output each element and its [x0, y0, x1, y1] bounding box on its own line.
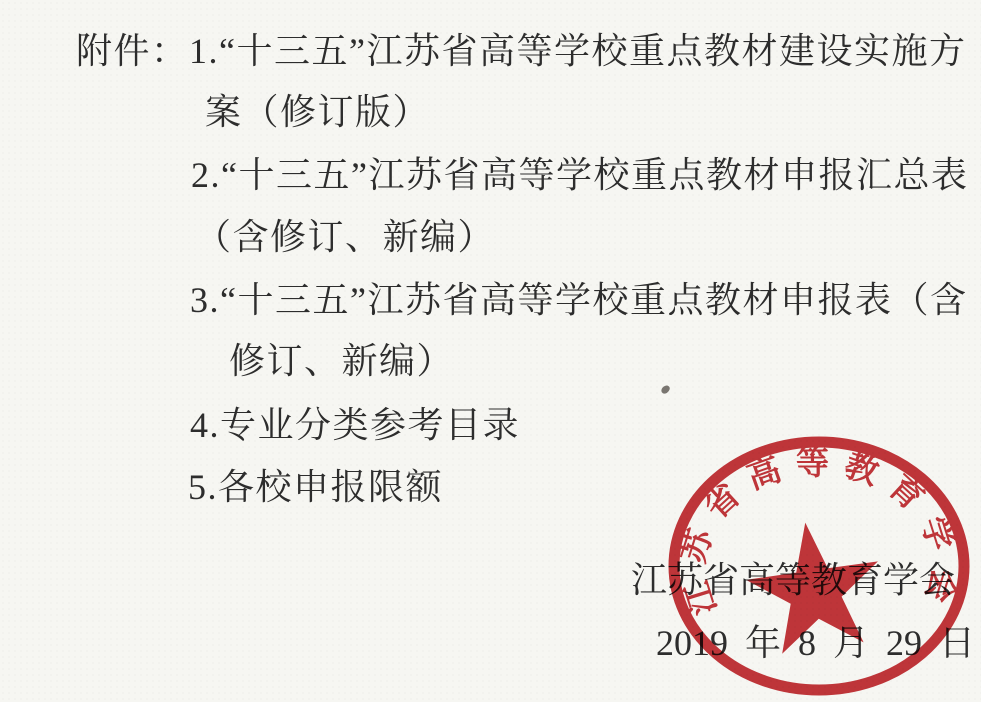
ink-speck — [660, 384, 671, 395]
attachment-item-5: 5.各校申报限额 — [188, 467, 443, 508]
attachment-item-4: 4.专业分类参考目录 — [190, 405, 520, 446]
attachment-label: 附件： — [76, 31, 189, 72]
attachment-item-2-line-1: 2.“十三五”江苏省高等学校重点教材申报汇总表 — [191, 155, 968, 196]
attachment-item-1-line-1: 1.“十三五”江苏省高等学校重点教材建设实施方 — [189, 31, 966, 72]
seal-star-icon — [739, 513, 889, 657]
attachment-item-1-line-2: 案（修订版） — [205, 92, 430, 133]
scanned-document-page: 附件： 1.“十三五”江苏省高等学校重点教材建设实施方 案（修订版） 2.“十三… — [0, 0, 981, 702]
official-seal: 江苏省高等教育学会 — [663, 433, 975, 699]
attachment-item-3-line-2: 修订、新编） — [229, 341, 454, 382]
attachment-item-2-line-2: （含修订、新编） — [195, 217, 495, 258]
attachment-item-3-line-1: 3.“十三五”江苏省高等学校重点教材申报表（含 — [190, 280, 967, 321]
